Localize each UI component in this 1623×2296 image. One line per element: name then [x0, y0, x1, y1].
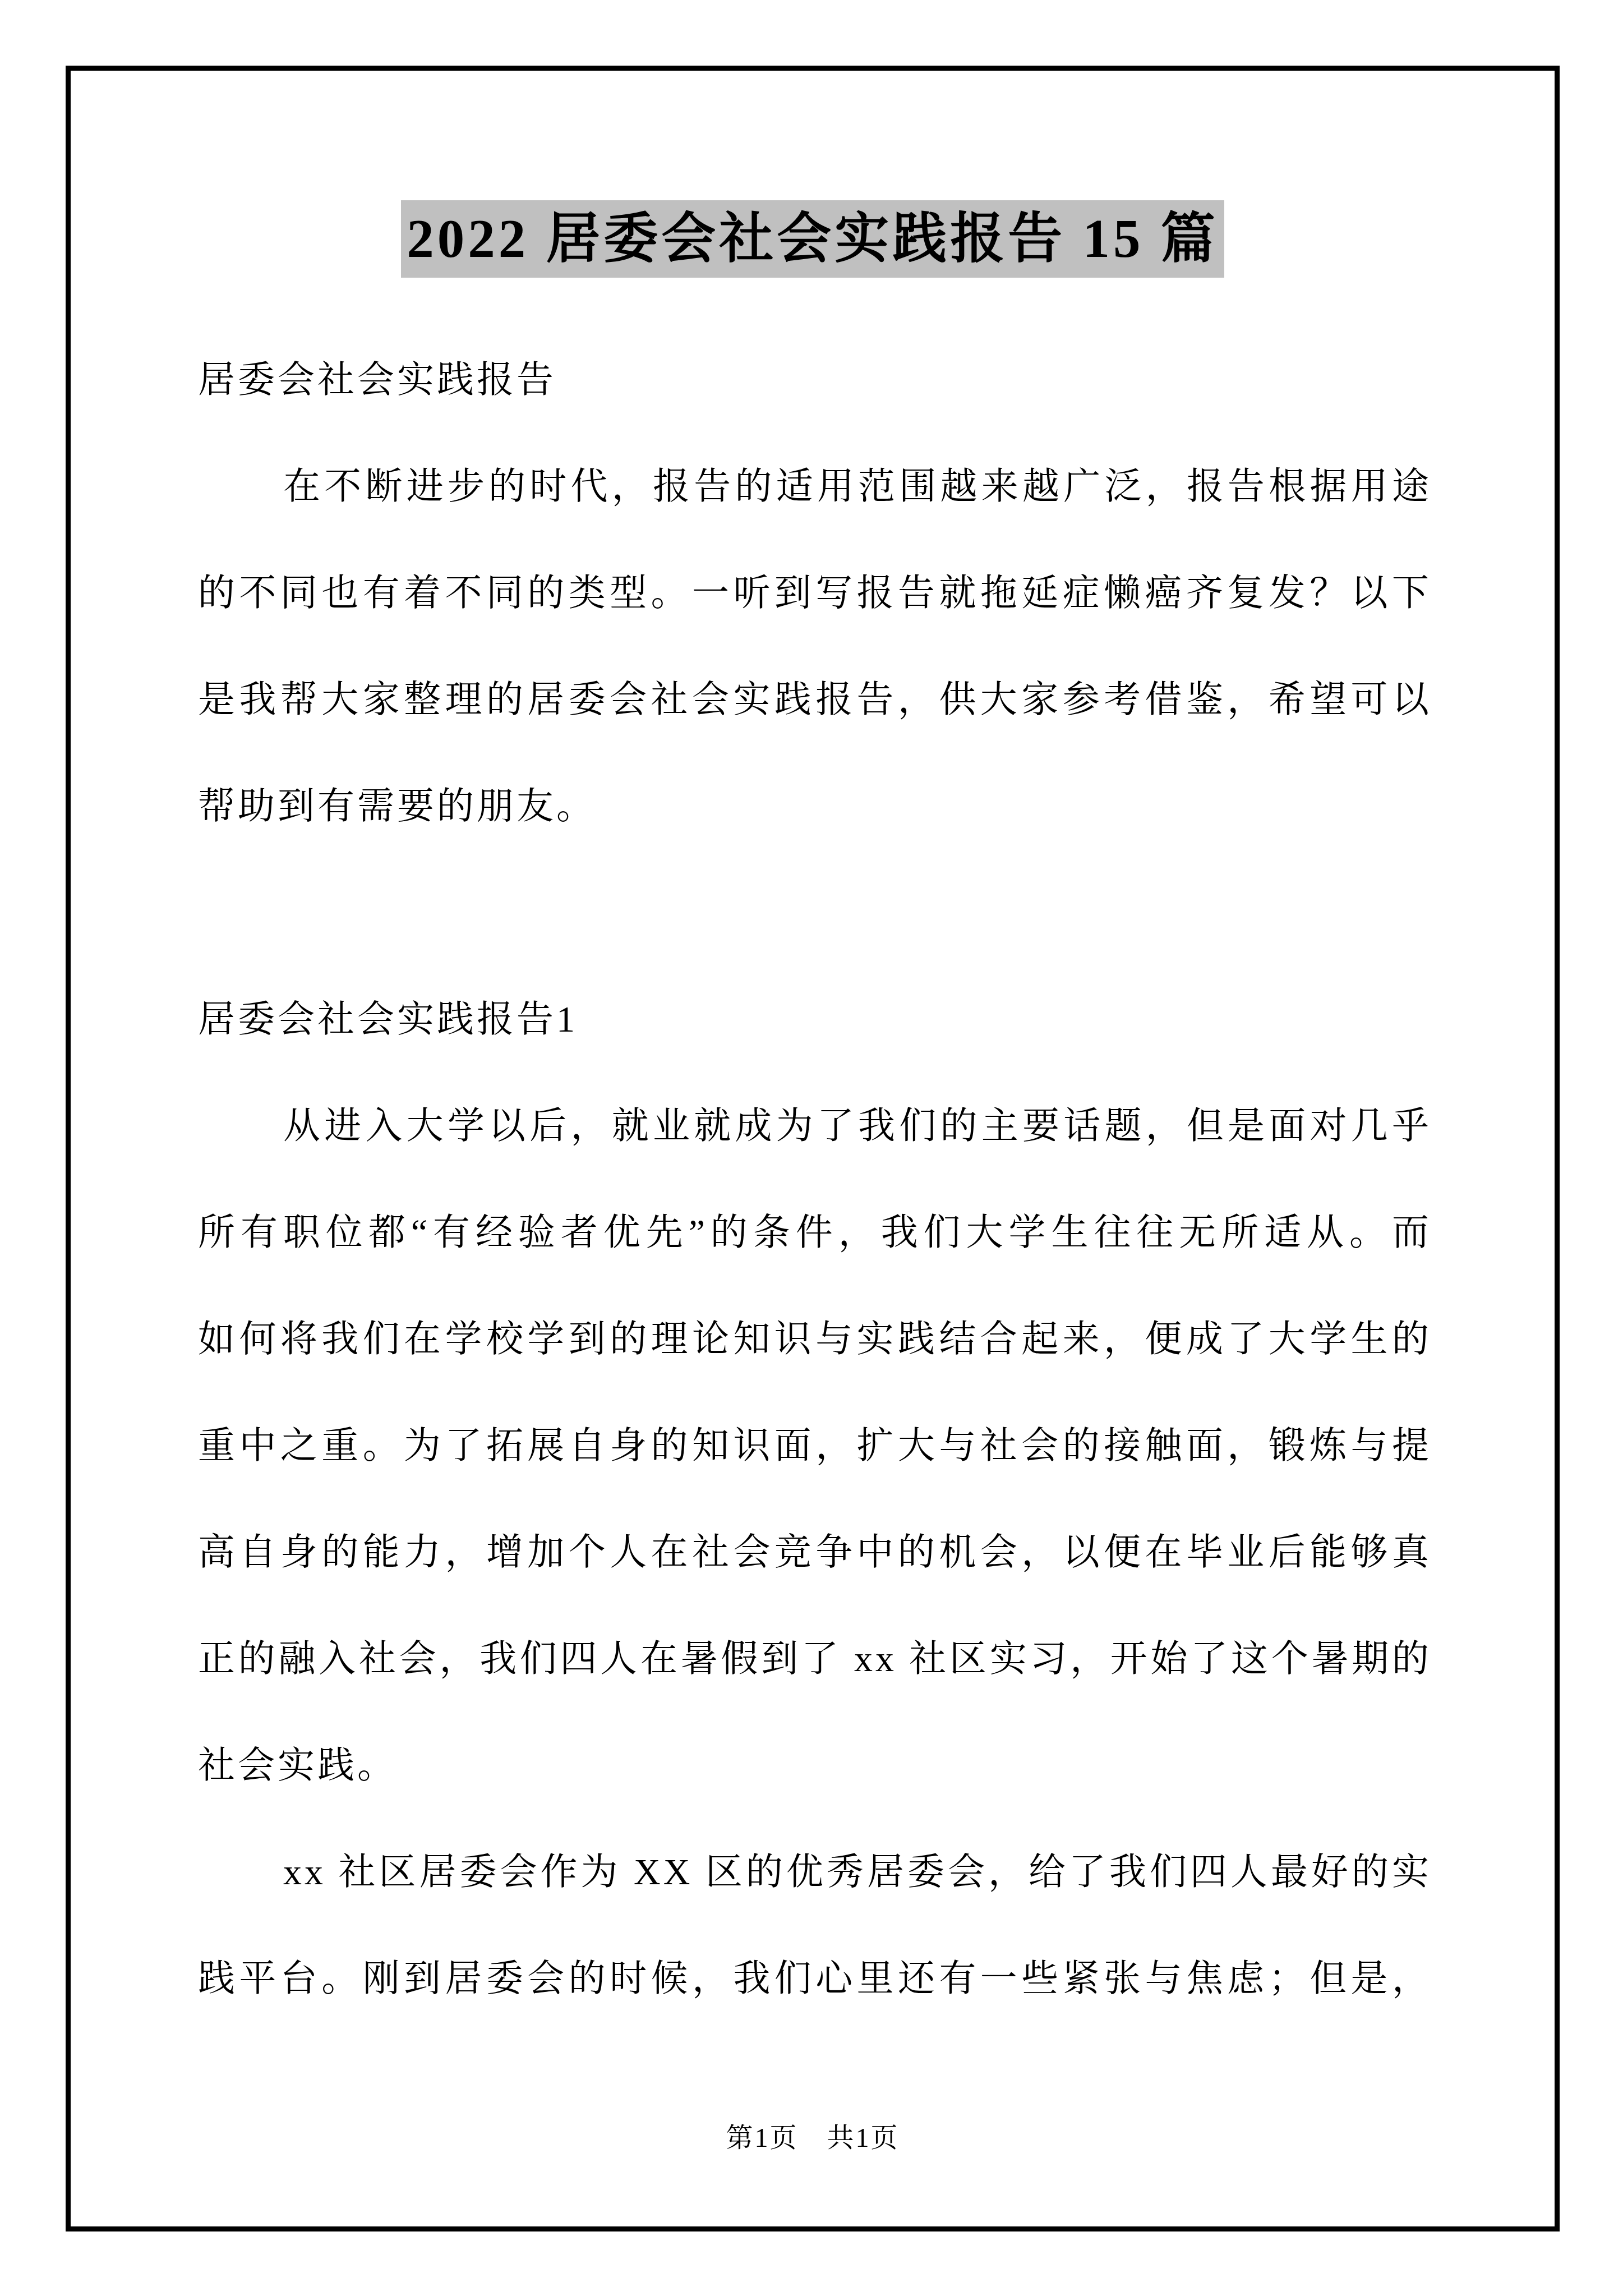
page-number-text: 第1页 共1页	[726, 2123, 899, 2153]
text-line: xx 社区居委会作为 XX 区的优秀居委会，给了我们四人最好的实	[198, 1819, 1432, 1926]
text-line: 在不断进步的时代，报告的适用范围越来越广泛，报告根据用途	[198, 434, 1432, 540]
text-line: 所有职位都“有经验者优先”的条件，我们大学生往往无所适从。而	[198, 1180, 1432, 1286]
text-line: 正的融入社会，我们四人在暑假到了 xx 社区实习，开始了这个暑期的	[198, 1606, 1432, 1713]
title-row: 2022 居委会社会实践报告 15 篇	[66, 200, 1560, 278]
text-line: 如何将我们在学校学到的理论知识与实践结合起来，便成了大学生的	[198, 1286, 1432, 1393]
text-line: 帮助到有需要的朋友。	[198, 753, 1432, 860]
text-line: 高自身的能力，增加个人在社会竞争中的机会，以便在毕业后能够真	[198, 1499, 1432, 1606]
text-line: 社会实践。	[198, 1713, 1432, 1819]
body-text: 居委会社会实践报告 在不断进步的时代，报告的适用范围越来越广泛，报告根据用途 的…	[198, 327, 1432, 2032]
document-title: 2022 居委会社会实践报告 15 篇	[401, 200, 1224, 278]
blank-line	[198, 860, 1432, 967]
document-page: 2022 居委会社会实践报告 15 篇 居委会社会实践报告 在不断进步的时代，报…	[0, 0, 1623, 2296]
text-line: 居委会社会实践报告	[198, 327, 1432, 434]
section-heading: 居委会社会实践报告1	[198, 967, 1432, 1073]
text-line: 的不同也有着不同的类型。一听到写报告就拖延症懒癌齐复发？以下	[198, 540, 1432, 647]
page-footer: 第1页 共1页	[66, 2122, 1560, 2155]
text-line: 践平台。刚到居委会的时候，我们心里还有一些紧张与焦虑；但是，	[198, 1926, 1432, 2032]
text-line: 重中之重。为了拓展自身的知识面，扩大与社会的接触面，锻炼与提	[198, 1393, 1432, 1499]
text-line: 从进入大学以后，就业就成为了我们的主要话题，但是面对几乎	[198, 1073, 1432, 1180]
text-line: 是我帮大家整理的居委会社会实践报告，供大家参考借鉴，希望可以	[198, 647, 1432, 753]
